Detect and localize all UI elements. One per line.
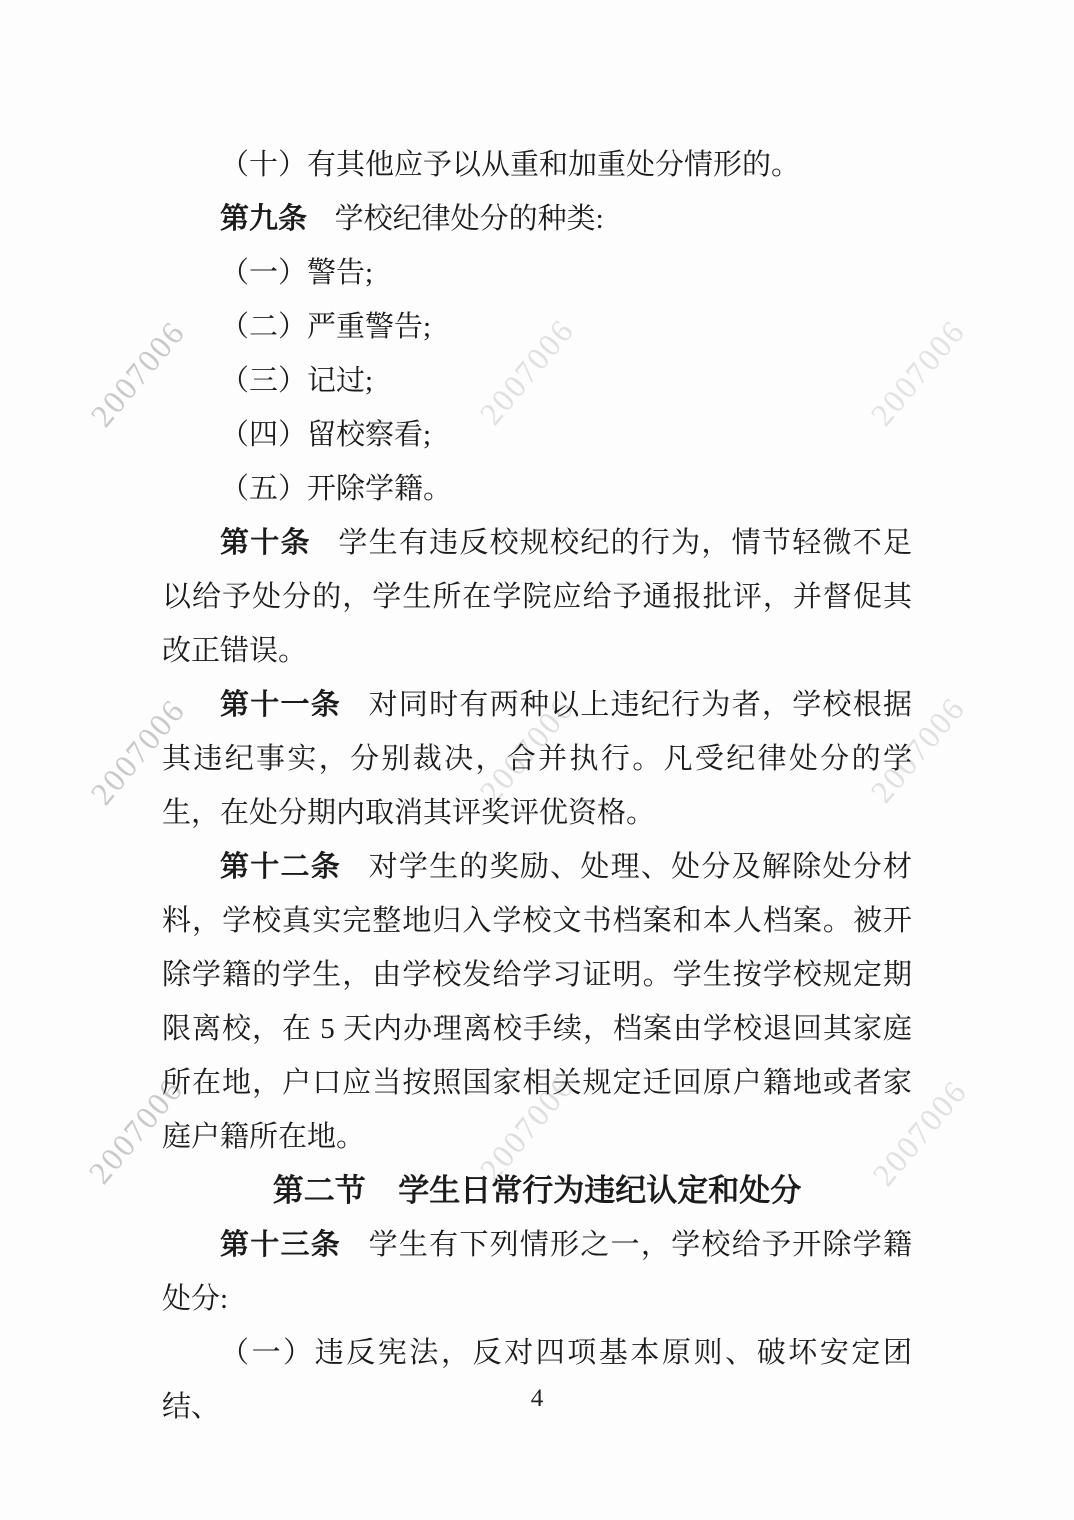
section-heading: 第二节学生日常行为违纪认定和处分 <box>162 1164 912 1218</box>
paragraph: （二）严重警告; <box>162 300 912 354</box>
paragraph: （十）有其他应予以从重和加重处分情形的。 <box>162 138 912 192</box>
article-number: 第十一条 <box>220 689 341 721</box>
paragraph-text: （四）留校察看; <box>220 419 431 451</box>
paragraph-text: （十）有其他应予以从重和加重处分情形的。 <box>220 149 800 181</box>
document-body: （十）有其他应予以从重和加重处分情形的。第九条学校纪律处分的种类:（一）警告;（… <box>162 138 912 1434</box>
paragraph-text: 学校纪律处分的种类: <box>335 203 604 235</box>
paragraph-text: 学生日常行为违纪认定和处分 <box>398 1173 801 1208</box>
paragraph: （四）留校察看; <box>162 408 912 462</box>
paragraph: 第十条学生有违反校规校纪的行为，情节轻微不足以给予处分的，学生所在学院应给予通报… <box>162 516 912 678</box>
paragraph: 第九条学校纪律处分的种类: <box>162 192 912 246</box>
paragraph-text: 对学生的奖励、处理、处分及解除处分材料，学校真实完整地归入学校文书档案和本人档案… <box>162 851 912 1153</box>
paragraph-text: （五）开除学籍。 <box>220 473 452 505</box>
paragraph: （五）开除学籍。 <box>162 462 912 516</box>
article-number: 第十二条 <box>220 851 341 883</box>
paragraph: （三）记过; <box>162 354 912 408</box>
paragraph: 第十二条对学生的奖励、处理、处分及解除处分材料，学校真实完整地归入学校文书档案和… <box>162 840 912 1164</box>
page-number: 4 <box>0 1385 1074 1413</box>
paragraph: 第十一条对同时有两种以上违纪行为者，学校根据其违纪事实，分别裁决，合并执行。凡受… <box>162 678 912 840</box>
article-number: 第九条 <box>220 203 307 235</box>
paragraph: （一）违反宪法，反对四项基本原则、破坏安定团结、 <box>162 1326 912 1434</box>
paragraph: 第十三条学生有下列情形之一，学校给予开除学籍处分: <box>162 1218 912 1326</box>
paragraph-text: （三）记过; <box>220 365 373 397</box>
paragraph-text: （二）严重警告; <box>220 311 431 343</box>
section-number: 第二节 <box>273 1173 366 1208</box>
article-number: 第十三条 <box>220 1229 341 1261</box>
article-number: 第十条 <box>220 527 311 559</box>
document-page: 2007006200700620070062007006200700620070… <box>0 0 1074 1520</box>
paragraph: （一）警告; <box>162 246 912 300</box>
paragraph-text: （一）警告; <box>220 257 373 289</box>
